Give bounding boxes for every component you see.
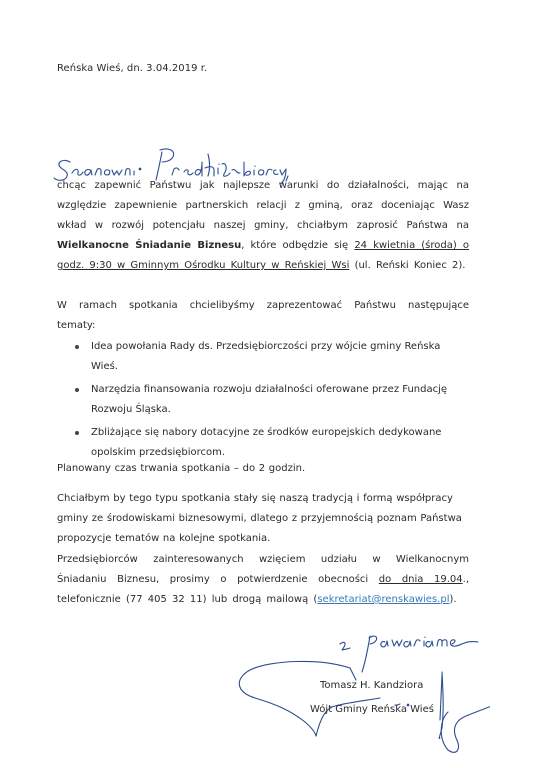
topics-list: Idea powołania Rady ds. Przedsiębiorczoś…	[57, 337, 469, 466]
bullet-icon	[75, 345, 79, 349]
paragraph-tradition: Chciałbym by tego typu spotkania stały s…	[57, 489, 469, 549]
rsvp-deadline: do dnia 19.04	[379, 574, 463, 585]
topic-item: Zbliżające się nabory dotacyjne ze środk…	[57, 423, 469, 463]
paragraph-rsvp-text-c: ).	[449, 594, 456, 605]
topic-text: Zbliżające się nabory dotacyjne ze środk…	[91, 427, 441, 458]
signer-name: Tomasz H. Kandziora	[320, 680, 423, 691]
topic-text: Narzędzia finansowania rozwoju działalno…	[91, 384, 447, 415]
bullet-icon	[75, 431, 79, 435]
letter-page: Reńska Wieś, dn. 3.04.2019 r.	[0, 0, 543, 768]
place-date: Reńska Wieś, dn. 3.04.2019 r.	[57, 63, 207, 74]
email-link[interactable]: sekretariat@renskawies.pl	[317, 594, 449, 605]
paragraph-invitation-text-c: (ul. Reński Koniec 2).	[349, 260, 465, 271]
paragraph-duration: Planowany czas trwania spotkania – do 2 …	[57, 459, 469, 479]
topic-item: Idea powołania Rady ds. Przedsiębiorczoś…	[57, 337, 469, 377]
paragraph-invitation: chcąc zapewnić Państwu jak najlepsze war…	[57, 176, 469, 276]
paragraph-invitation-text-b: , które odbędzie się	[241, 240, 354, 251]
topic-item: Narzędzia finansowania rozwoju działalno…	[57, 380, 469, 420]
paragraph-topics-intro: W ramach spotkania chcielibyśmy zaprezen…	[57, 296, 469, 336]
paragraph-invitation-text-a: chcąc zapewnić Państwu jak najlepsze war…	[57, 180, 469, 231]
signer-title: Wójt Gminy Reńska Wieś	[310, 704, 434, 715]
topic-text: Idea powołania Rady ds. Przedsiębiorczoś…	[91, 341, 440, 372]
bullet-icon	[75, 388, 79, 392]
paragraph-rsvp: Przedsiębiorców zainteresowanych wzięcie…	[57, 550, 469, 610]
event-name: Wielkanocne Śniadanie Biznesu	[57, 240, 241, 251]
